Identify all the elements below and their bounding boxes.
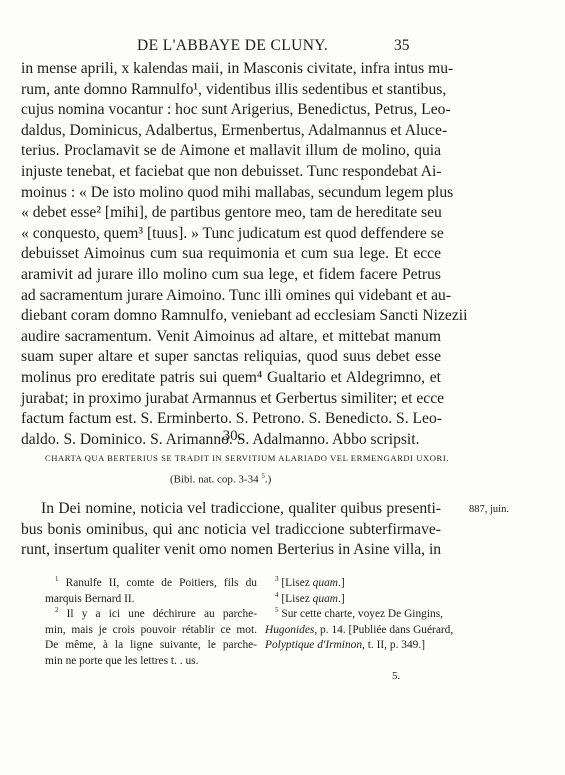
text-line: in mense aprili, x kalendas maii, in Mas… xyxy=(21,59,441,80)
text-line: audire sacramentum. Venit Aimoinus ad al… xyxy=(21,327,441,348)
text-line: diebant coram domno Ramnulfo, veniebant … xyxy=(21,306,441,327)
footnote-5: 5 Sur cette charte, voyez De Gingins, xyxy=(265,607,443,623)
charter-30-body: In Dei nomine, noticia vel tradiccione, … xyxy=(21,499,441,561)
text-line: daldus, Dominicus, Adalbertus, Ermenbert… xyxy=(21,121,441,142)
footnotes-left-column: 1 Ranulfe II, comte de Poitiers, fils du… xyxy=(45,576,257,669)
charter-number: 30. xyxy=(192,428,272,445)
text-line: debuisset Aimoinus cum sua requimonia et… xyxy=(21,244,441,265)
running-header: DE L'ABBAYE DE CLUNY. 35 xyxy=(0,37,565,57)
footnote-3: 3 [Lisez quam.] xyxy=(265,576,443,592)
footnote-2-cont: De même, à la ligne suivante, le parche- xyxy=(45,638,257,654)
text-line: factum factum est. S. Erminberto. S. Pet… xyxy=(21,409,441,430)
charter-title: CHARTA QUA BERTERIUS SE TRADIT IN SERVIT… xyxy=(45,453,437,463)
text-line: injuste tenebat, et faciebat que non deb… xyxy=(21,162,441,183)
footnote-1: 1 Ranulfe II, comte de Poitiers, fils du xyxy=(45,576,257,592)
text-line: rum, ante domno Ramnulfo¹, videntibus il… xyxy=(21,80,441,101)
source-end: .) xyxy=(265,474,271,486)
text-line: « debet esse² [mihi], de partibus gentor… xyxy=(21,203,441,224)
footnote-5-cont: Hugonides, p. 14. [Publiée dans Guérard, xyxy=(265,623,443,639)
text-line: moinus : « De isto molino quod mihi mall… xyxy=(21,183,441,204)
text-line: In Dei nomine, noticia vel tradiccione, … xyxy=(21,499,441,520)
footnote-mark: 1 xyxy=(55,575,59,583)
text-line: ad sacramentum jurare Aimoino. Tunc illi… xyxy=(21,286,441,307)
signature-mark: 5. xyxy=(392,670,400,682)
footnote-mark: 2 xyxy=(55,606,59,614)
text-line: terius. Proclamavit se de Aimone et mall… xyxy=(21,141,441,162)
text-line: bus bonis ominibus, qui anc noticia vel … xyxy=(21,520,441,541)
text-line: aramivit ad jurare illo molino cum sua l… xyxy=(21,265,441,286)
page-number: 35 xyxy=(394,37,410,55)
source-text: (Bibl. nat. cop. 3-34 xyxy=(170,474,259,486)
footnote-1-cont: marquis Bernard II. xyxy=(45,592,257,608)
footnote-2-cont: min ne porte que les lettres t. . us. xyxy=(45,654,257,670)
footnote-4: 4 [Lisez quam.] xyxy=(265,592,443,608)
footnotes-right-column: 3 [Lisez quam.] 4 [Lisez quam.] 5 Sur ce… xyxy=(265,576,443,654)
footnote-5-cont: Polyptique d'Irminon, t. II, p. 349.] xyxy=(265,638,443,654)
text-line: jurabat; in proximo jurabat Armannus et … xyxy=(21,389,441,410)
margin-date: 887, juin. xyxy=(469,504,509,515)
text-line: « conquesto, quem³ [tuus]. » Tunc judica… xyxy=(21,224,441,245)
footnote-2: 2 Il y a ici une déchirure au parche- xyxy=(45,607,257,623)
text-line: cujus nomina vocantur : hoc sunt Arigeri… xyxy=(21,100,441,121)
footnote-2-cont: min, mais je crois pouvoir rétablir ce m… xyxy=(45,623,257,639)
charter-source: (Bibl. nat. cop. 3-34 5.) xyxy=(170,472,271,486)
text-line: suam super altare et super sanctas reliq… xyxy=(21,347,441,368)
charter-29-body: in mense aprili, x kalendas maii, in Mas… xyxy=(21,59,441,450)
text-line: molinus pro ereditate patris sui quem⁴ G… xyxy=(21,368,441,389)
text-line: runt, insertum qualiter venit omo nomen … xyxy=(21,540,441,561)
running-title: DE L'ABBAYE DE CLUNY. xyxy=(137,37,328,55)
